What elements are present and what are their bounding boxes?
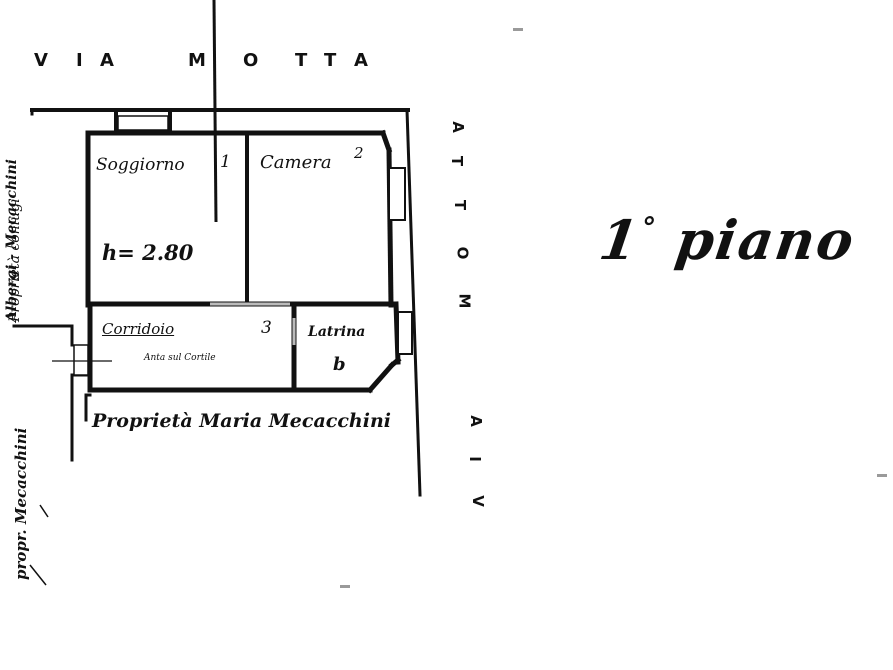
street-letter: A: [100, 50, 114, 71]
street-letter: T: [295, 50, 307, 71]
mark: [30, 565, 46, 585]
street-letter: O: [243, 50, 258, 71]
neighbor-label-bottom: Proprietà Maria Mecacchini: [92, 410, 391, 432]
street-letter: I: [466, 456, 484, 462]
floor-number: 1: [596, 208, 645, 272]
street-letter: T: [324, 50, 336, 71]
room-name: Latrina: [308, 324, 365, 340]
scan-speck: [877, 474, 887, 477]
room-name: Corridoio: [102, 320, 174, 338]
street-letter: M: [188, 50, 206, 71]
street-letter: A: [354, 50, 368, 71]
neighbor-line-2: Albergi - Mecacchini: [2, 159, 22, 322]
neighbor-text: propr. Mecacchini: [12, 370, 30, 580]
street-letter: T: [448, 156, 466, 166]
room-name: Camera: [260, 152, 332, 173]
floor-title: 1° piano: [596, 208, 860, 272]
scan-speck: [513, 28, 523, 31]
street-letter: M: [455, 294, 473, 309]
room-number: 2: [354, 144, 364, 162]
street-letter: A: [467, 415, 485, 427]
room-note: Anta sul Cortile: [144, 353, 216, 363]
street-letter: V: [34, 50, 48, 71]
street-letter: V: [469, 495, 487, 507]
ceiling-height: h= 2.80: [102, 240, 193, 265]
floor-label: piano: [672, 208, 860, 272]
ordinal-mark: °: [639, 211, 660, 244]
room-number: b: [333, 354, 346, 375]
street-letter: O: [453, 247, 471, 260]
room-number: 3: [261, 318, 272, 338]
street-letter: A: [449, 121, 467, 133]
axis-line: [214, 0, 216, 222]
street-letter: I: [76, 50, 83, 71]
door-openings: [210, 304, 294, 345]
street-letter: T: [451, 200, 469, 210]
mark: [40, 505, 48, 517]
scan-speck: [340, 585, 350, 588]
room-name: Soggiorno: [96, 155, 185, 175]
room-number: 1: [220, 152, 231, 172]
